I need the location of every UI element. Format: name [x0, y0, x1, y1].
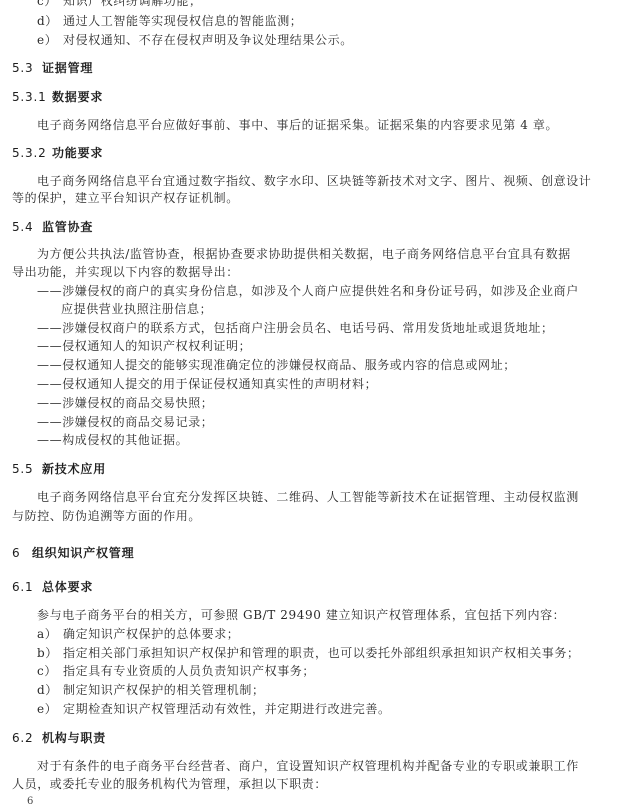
list-label: c）	[37, 663, 63, 679]
paragraph-line: 电子商务网络信息平台应做好事前、事中、事后的证据采集。证据采集的内容要求见第 4…	[37, 117, 558, 133]
paragraph-line: 人员，或委托专业的服务机构代为管理，承担以下职责：	[12, 776, 327, 792]
list-label: d）	[37, 682, 63, 698]
list-label: e）	[37, 701, 63, 717]
paragraph-line: 为方便公共执法/监管协查，根据协查要求协助提供相关数据，电子商务网络信息平台宜具…	[37, 246, 571, 262]
page-number: 6	[27, 794, 34, 810]
list-text: 定期检查知识产权管理活动有效性，并定期进行改进完善。	[63, 702, 391, 716]
dash-list-item: ——涉嫌侵权商户的联系方式，包括商户注册会员名、电话号码、常用发货地址或退货地址…	[37, 320, 554, 336]
list-label: c）	[37, 0, 63, 9]
list-item: c）指定具有专业资质的人员负责知识产权事务；	[37, 663, 315, 679]
list-item: e）对侵权通知、不存在侵权声明及争议处理结果公示。	[37, 32, 353, 48]
dash-list-item: ——侵权通知人的知识产权权利证明；	[37, 338, 251, 354]
list-item: d）制定知识产权保护的相关管理机制；	[37, 682, 265, 698]
dash-list-item: ——涉嫌侵权的商品交易快照；	[37, 395, 213, 411]
chapter-heading-6: 6组织知识产权管理	[12, 545, 134, 561]
list-text: 指定具有专业资质的人员负责知识产权事务；	[63, 664, 315, 678]
list-item: e）定期检查知识产权管理活动有效性，并定期进行改进完善。	[37, 701, 391, 717]
list-text: 确定知识产权保护的总体要求；	[63, 627, 239, 641]
section-heading-5-3: 5.3证据管理	[12, 60, 93, 76]
section-heading-5-4: 5.4监管协查	[12, 219, 93, 235]
paragraph-line: 电子商务网络信息平台宜充分发挥区块链、二维码、人工智能等新技术在证据管理、主动侵…	[37, 489, 579, 505]
section-heading-5-3-2: 5.3.2功能要求	[12, 145, 103, 161]
dash-list-item: ——涉嫌侵权的商户的真实身份信息，如涉及个人商户应提供姓名和身份证号码，如涉及企…	[37, 283, 579, 299]
paragraph-line: 等的保护，建立平台知识产权存证机制。	[12, 190, 239, 206]
dash-list-item: ——构成侵权的其他证据。	[37, 432, 188, 448]
dash-list-item: ——涉嫌侵权的商品交易记录；	[37, 414, 213, 430]
list-item: b）指定相关部门承担知识产权保护和管理的职责，也可以委托外部组织承担知识产权相关…	[37, 645, 580, 661]
list-item: a）确定知识产权保护的总体要求；	[37, 626, 239, 642]
list-label: d）	[37, 13, 63, 29]
dash-list-item: ——侵权通知人提交的能够实现准确定位的涉嫌侵权商品、服务或内容的信息或网址；	[37, 357, 516, 373]
section-heading-6-1: 6.1总体要求	[12, 579, 93, 595]
dash-list-item-continuation: 应提供营业执照注册信息；	[61, 301, 212, 317]
list-item: d）通过人工智能等实现侵权信息的智能监测；	[37, 13, 302, 29]
list-text: 知识产权纠纷调解功能；	[63, 0, 202, 8]
paragraph-line: 导出功能，并实现以下内容的数据导出：	[12, 264, 239, 280]
list-label: b）	[37, 645, 63, 661]
list-text: 通过人工智能等实现侵权信息的智能监测；	[63, 14, 302, 28]
paragraph-line: 电子商务网络信息平台宜通过数字指纹、数字水印、区块链等新技术对文字、图片、视频、…	[37, 173, 591, 189]
list-label: e）	[37, 32, 63, 48]
section-heading-5-5: 5.5新技术应用	[12, 461, 106, 477]
paragraph-line: 对于有条件的电子商务平台经营者、商户，宜设置知识产权管理机构并配备专业的专职或兼…	[37, 758, 579, 774]
section-heading-6-2: 6.2机构与职责	[12, 730, 106, 746]
list-text: 制定知识产权保护的相关管理机制；	[63, 683, 265, 697]
list-label: a）	[37, 626, 63, 642]
list-item: c）知识产权纠纷调解功能；	[37, 0, 202, 9]
section-heading-5-3-1: 5.3.1数据要求	[12, 89, 103, 105]
dash-list-item: ——侵权通知人提交的用于保证侵权通知真实性的声明材料；	[37, 376, 377, 392]
paragraph-line: 参与电子商务平台的相关方，可参照 GB/T 29490 建立知识产权管理体系，宜…	[37, 607, 565, 623]
list-text: 对侵权通知、不存在侵权声明及争议处理结果公示。	[63, 33, 353, 47]
paragraph-line: 与防控、防伪追溯等方面的作用。	[12, 508, 201, 524]
list-text: 指定相关部门承担知识产权保护和管理的职责，也可以委托外部组织承担知识产权相关事务…	[63, 646, 580, 660]
